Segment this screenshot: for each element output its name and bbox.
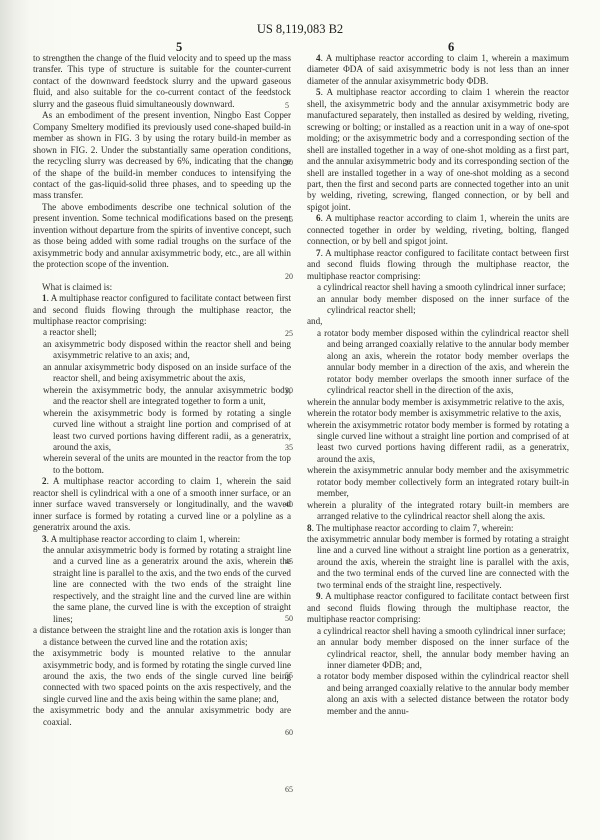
- claim-element: an axisymmetric body disposed within the…: [33, 339, 291, 362]
- claim-text: . A multiphase reactor according to clai…: [307, 87, 569, 212]
- claim-element: an annular body member disposed on the i…: [307, 637, 569, 671]
- claim-element: a reactor shell;: [33, 327, 291, 338]
- claim-element: a rotator body member disposed within th…: [307, 671, 569, 717]
- claim-1: 1. A multiphase reactor configured to fa…: [33, 293, 291, 327]
- claim-9: 9. A multiphase reactor configured to fa…: [307, 591, 569, 625]
- claim-text: . A multiphase reactor according to clai…: [33, 476, 291, 532]
- claim-element: a distance between the straight line and…: [33, 625, 291, 648]
- claim-text: . The multiphase reactor according to cl…: [312, 523, 514, 533]
- claim-element: a rotator body member disposed within th…: [307, 328, 569, 397]
- claim-element: the axisymmetric body is mounted relativ…: [33, 648, 291, 705]
- claim-element: the axisymmetric annular body member is …: [307, 534, 569, 591]
- claim-4: 4. A multiphase reactor according to cla…: [307, 53, 569, 87]
- description-paragraph: As an embodiment of the present inventio…: [33, 110, 291, 202]
- description-paragraph: to strengthen the change of the fluid ve…: [33, 53, 291, 110]
- claim-element: the annular axisymmetric body is formed …: [33, 545, 291, 625]
- claim-6: 6. A multiphase reactor according to cla…: [307, 213, 569, 247]
- claim-7: 7. A multiphase reactor configured to fa…: [307, 248, 569, 282]
- claim-element: wherein a plurality of the integrated ro…: [307, 500, 569, 523]
- claim-5: 5. A multiphase reactor according to cla…: [307, 87, 569, 213]
- left-column: to strengthen the change of the fluid ve…: [33, 53, 291, 728]
- claim-3: 3. A multiphase reactor according to cla…: [33, 534, 291, 545]
- claim-text: . A multiphase reactor configured to fac…: [33, 293, 291, 326]
- claim-element: an annular body member disposed on the i…: [307, 294, 569, 317]
- claims-heading: What is claimed is:: [33, 282, 291, 293]
- claim-2: 2. A multiphase reactor according to cla…: [33, 476, 291, 533]
- claim-element: wherein the rotator body member is axisy…: [307, 408, 569, 419]
- claim-8: 8. The multiphase reactor according to c…: [307, 523, 569, 534]
- claim-text: . A multiphase reactor according to clai…: [47, 534, 241, 544]
- claim-element: wherein the annular body member is axisy…: [307, 397, 569, 408]
- claim-text: . A multiphase reactor configured to fac…: [307, 591, 569, 624]
- line-number: 65: [285, 785, 293, 794]
- claim-element: wherein the axisymmetric rotator body me…: [307, 420, 569, 466]
- claim-text: . A multiphase reactor according to clai…: [307, 213, 569, 246]
- claim-element: wherein the axisymmetric body, the annul…: [33, 385, 291, 408]
- claim-text: . A multiphase reactor according to clai…: [307, 53, 569, 86]
- claim-element: the axisymmetric body and the annular ax…: [33, 705, 291, 728]
- description-paragraph: The above embodiments describe one techn…: [33, 202, 291, 271]
- claim-element: an annular axisymmetric body disposed on…: [33, 362, 291, 385]
- claim-conjunction: and,: [307, 316, 569, 327]
- right-column: 4. A multiphase reactor according to cla…: [307, 53, 569, 717]
- claim-element: wherein several of the units are mounted…: [33, 453, 291, 476]
- line-number: 60: [285, 728, 293, 737]
- patent-number: US 8,119,083 B2: [0, 22, 600, 37]
- claim-element: wherein the axisymmetric body is formed …: [33, 408, 291, 454]
- claim-text: . A multiphase reactor configured to fac…: [307, 248, 569, 281]
- claim-element: a cylindrical reactor shell having a smo…: [307, 626, 569, 637]
- claim-element: wherein the axisymmetric annular body me…: [307, 465, 569, 499]
- claim-element: a cylindrical reactor shell having a smo…: [307, 282, 569, 293]
